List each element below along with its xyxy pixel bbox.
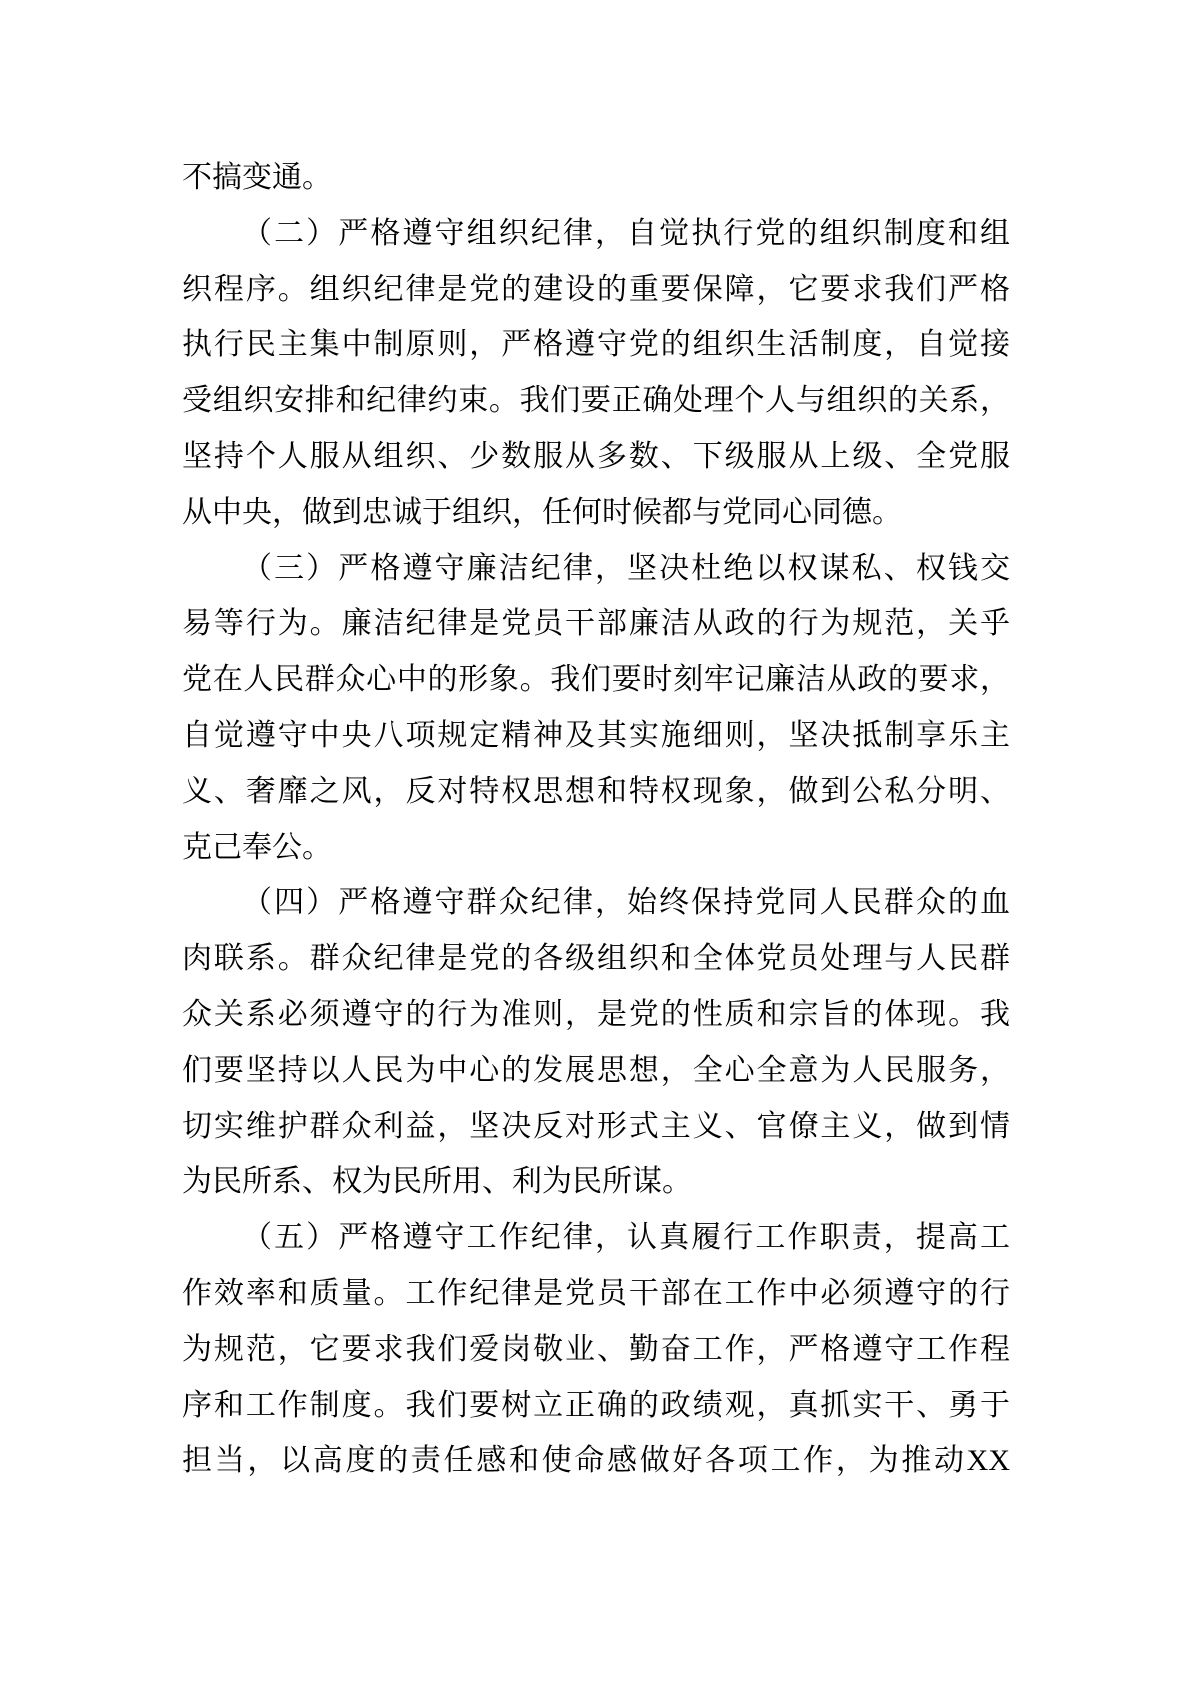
document-line: 易等行为。廉洁纪律是党员干部廉洁从政的行为规范，关乎	[182, 596, 1010, 652]
document-line: 为规范，它要求我们爱岗敬业、勤奋工作，严格遵守工作程	[182, 1322, 1010, 1378]
paragraph: （四）严格遵守群众纪律，始终保持党同人民群众的血肉联系。群众纪律是党的各级组织和…	[182, 875, 1010, 1210]
document-line: （四）严格遵守群众纪律，始终保持党同人民群众的血	[182, 875, 1010, 931]
document-line: 切实维护群众利益，坚决反对形式主义、官僚主义，做到情	[182, 1099, 1010, 1155]
document-line: 不搞变通。	[182, 150, 1010, 206]
document-line: （二）严格遵守组织纪律，自觉执行党的组织制度和组	[182, 206, 1010, 262]
document-page: 不搞变通。（二）严格遵守组织纪律，自觉执行党的组织制度和组织程序。组织纪律是党的…	[0, 0, 1190, 1683]
document-line: 众关系必须遵守的行为准则，是党的性质和宗旨的体现。我	[182, 987, 1010, 1043]
document-line: 党在人民群众心中的形象。我们要时刻牢记廉洁从政的要求，	[182, 652, 1010, 708]
document-line: 作效率和质量。工作纪律是党员干部在工作中必须遵守的行	[182, 1266, 1010, 1322]
document-line: 从中央，做到忠诚于组织，任何时候都与党同心同德。	[182, 485, 1010, 541]
document-line: 们要坚持以人民为中心的发展思想，全心全意为人民服务，	[182, 1043, 1010, 1099]
document-line: 为民所系、权为民所用、利为民所谋。	[182, 1154, 1010, 1210]
document-line: （三）严格遵守廉洁纪律，坚决杜绝以权谋私、权钱交	[182, 541, 1010, 597]
document-line: 执行民主集中制原则，严格遵守党的组织生活制度，自觉接	[182, 317, 1010, 373]
document-line: （五）严格遵守工作纪律，认真履行工作职责，提高工	[182, 1210, 1010, 1266]
document-line: 自觉遵守中央八项规定精神及其实施细则，坚决抵制享乐主	[182, 708, 1010, 764]
paragraph: 不搞变通。	[182, 150, 1010, 206]
document-line: 担当，以高度的责任感和使命感做好各项工作，为推动XX	[182, 1433, 1010, 1489]
document-line: 序和工作制度。我们要树立正确的政绩观，真抓实干、勇于	[182, 1378, 1010, 1434]
document-line: 克己奉公。	[182, 820, 1010, 876]
paragraph: （三）严格遵守廉洁纪律，坚决杜绝以权谋私、权钱交易等行为。廉洁纪律是党员干部廉洁…	[182, 541, 1010, 876]
paragraph: （五）严格遵守工作纪律，认真履行工作职责，提高工作效率和质量。工作纪律是党员干部…	[182, 1210, 1010, 1489]
document-line: 坚持个人服从组织、少数服从多数、下级服从上级、全党服	[182, 429, 1010, 485]
paragraph: （二）严格遵守组织纪律，自觉执行党的组织制度和组织程序。组织纪律是党的建设的重要…	[182, 206, 1010, 541]
document-line: 义、奢靡之风，反对特权思想和特权现象，做到公私分明、	[182, 764, 1010, 820]
document-line: 织程序。组织纪律是党的建设的重要保障，它要求我们严格	[182, 262, 1010, 318]
document-line: 受组织安排和纪律约束。我们要正确处理个人与组织的关系，	[182, 373, 1010, 429]
document-text-block: 不搞变通。（二）严格遵守组织纪律，自觉执行党的组织制度和组织程序。组织纪律是党的…	[182, 150, 1010, 1489]
document-line: 肉联系。群众纪律是党的各级组织和全体党员处理与人民群	[182, 931, 1010, 987]
